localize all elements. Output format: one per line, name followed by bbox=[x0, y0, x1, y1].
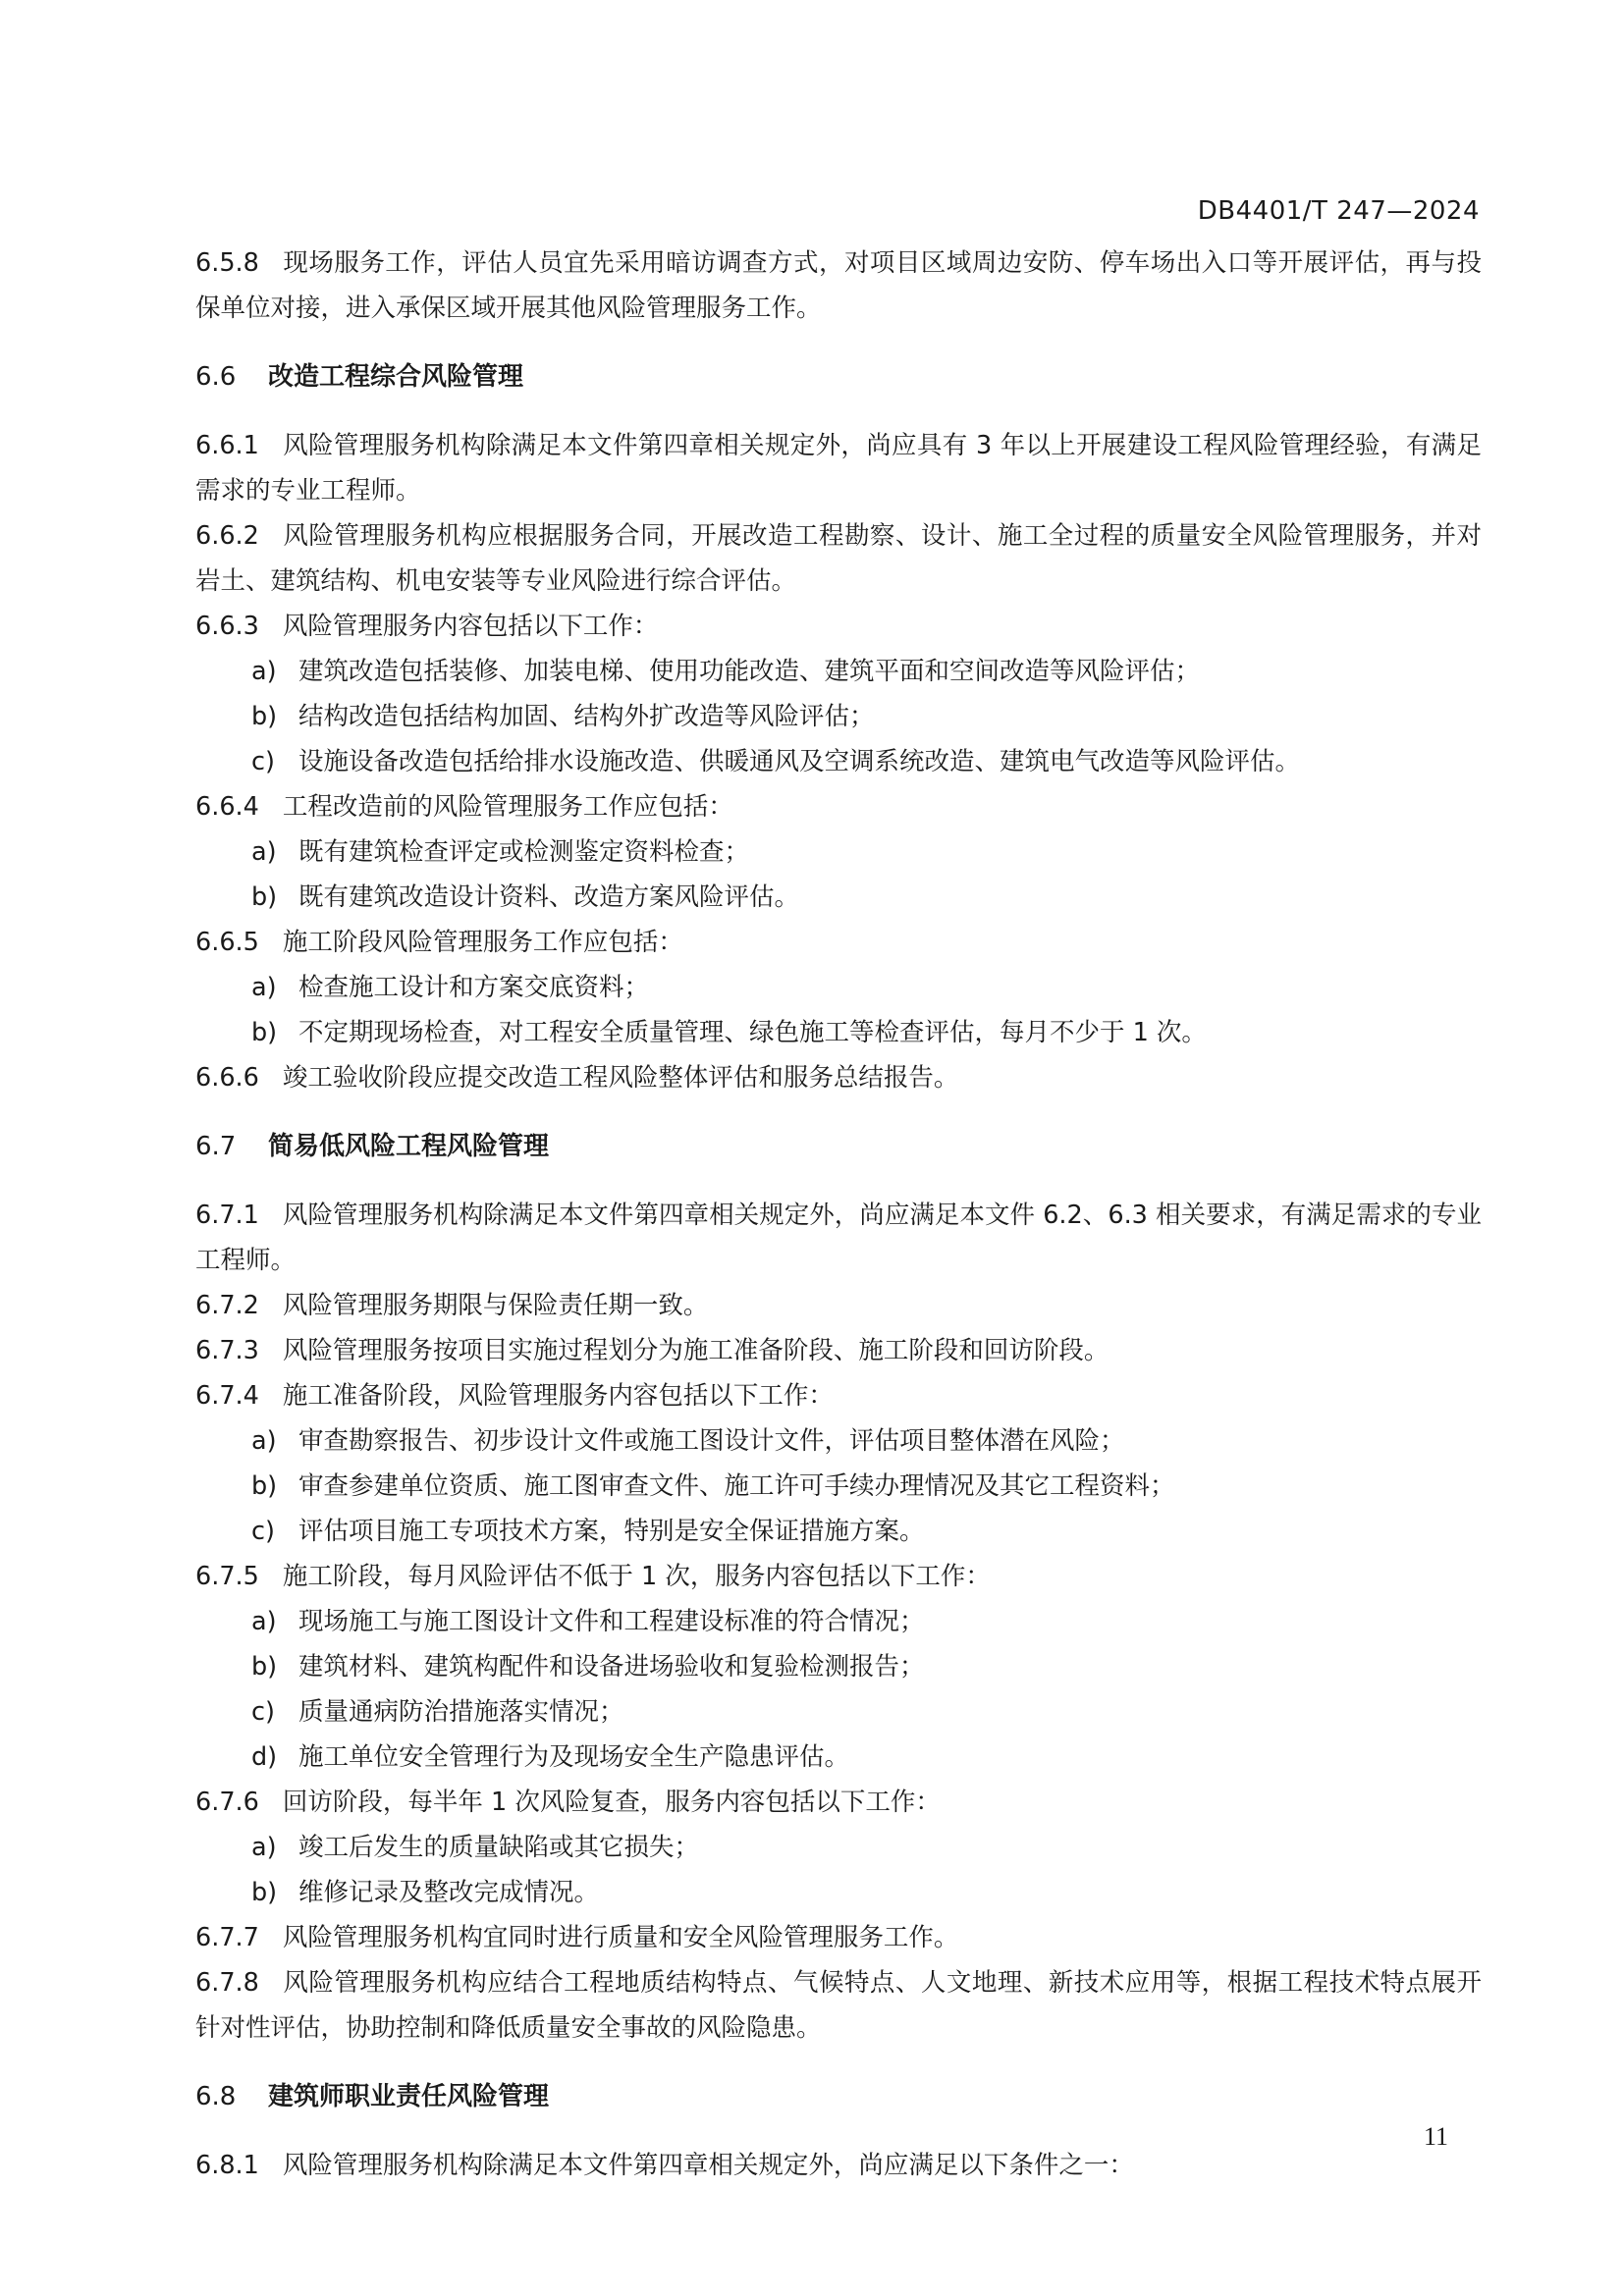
list-text: 既有建筑改造设计资料、改造方案风险评估。 bbox=[298, 882, 799, 912]
list-text: 审查勘察报告、初步设计文件或施工图设计文件，评估项目整体潜在风险； bbox=[298, 1426, 1125, 1456]
list-text: 不定期现场检查，对工程安全质量管理、绿色施工等检查评估，每月不少于 1 次。 bbox=[298, 1018, 1207, 1047]
list-item: a)建筑改造包括装修、加装电梯、使用功能改造、建筑平面和空间改造等风险评估； bbox=[195, 649, 1482, 694]
section-title: 建筑师职业责任风险管理 bbox=[268, 2082, 549, 2111]
clause-number: 6.6.2 bbox=[195, 513, 259, 559]
list-item: d)施工单位安全管理行为及现场安全生产隐患评估。 bbox=[195, 1735, 1482, 1780]
clause-6-6-3: 6.6.3风险管理服务内容包括以下工作： bbox=[195, 604, 1482, 649]
list-text: 现场施工与施工图设计文件和工程建设标准的符合情况； bbox=[298, 1607, 925, 1636]
clause-number: 6.6.5 bbox=[195, 920, 259, 965]
list-item: b)维修记录及整改完成情况。 bbox=[195, 1870, 1482, 1915]
section-title: 简易低风险工程风险管理 bbox=[268, 1132, 549, 1161]
list-text: 维修记录及整改完成情况。 bbox=[298, 1878, 599, 1907]
clause-text: 现场服务工作，评估人员宜先采用暗访调查方式，对项目区域周边安防、停车场出入口等开… bbox=[195, 248, 1482, 323]
list-item: a)检查施工设计和方案交底资料； bbox=[195, 965, 1482, 1010]
clause-number: 6.7.4 bbox=[195, 1373, 259, 1418]
clause-6-6-1: 6.6.1风险管理服务机构除满足本文件第四章相关规定外，尚应具有 3 年以上开展… bbox=[195, 423, 1482, 513]
clause-text: 风险管理服务内容包括以下工作： bbox=[283, 612, 659, 641]
list-text: 既有建筑检查评定或检测鉴定资料检查； bbox=[298, 837, 749, 867]
clause-6-6-5: 6.6.5施工阶段风险管理服务工作应包括： bbox=[195, 920, 1482, 965]
clause-6-7-8: 6.7.8风险管理服务机构应结合工程地质结构特点、气候特点、人文地理、新技术应用… bbox=[195, 1960, 1482, 2051]
clause-6-6-2: 6.6.2风险管理服务机构应根据服务合同，开展改造工程勘察、设计、施工全过程的质… bbox=[195, 513, 1482, 604]
list-marker: b) bbox=[251, 1464, 298, 1509]
section-title: 改造工程综合风险管理 bbox=[268, 362, 523, 392]
list-item: c)质量通病防治措施落实情况； bbox=[195, 1689, 1482, 1735]
clause-6-6-6: 6.6.6竣工验收阶段应提交改造工程风险整体评估和服务总结报告。 bbox=[195, 1055, 1482, 1100]
clause-number: 6.6.4 bbox=[195, 784, 259, 829]
list-text: 审查参建单位资质、施工图审查文件、施工许可手续办理情况及其它工程资料； bbox=[298, 1471, 1175, 1501]
list-item: c)设施设备改造包括给排水设施改造、供暖通风及空调系统改造、建筑电气改造等风险评… bbox=[195, 739, 1482, 784]
list-marker: b) bbox=[251, 1870, 298, 1915]
clause-number: 6.6.1 bbox=[195, 423, 259, 468]
list-marker: a) bbox=[251, 1599, 298, 1644]
section-number: 6.6 bbox=[195, 354, 268, 400]
clause-6-7-6: 6.7.6回访阶段，每半年 1 次风险复查，服务内容包括以下工作： bbox=[195, 1780, 1482, 1825]
clause-number: 6.8.1 bbox=[195, 2143, 259, 2188]
list-text: 建筑材料、建筑构配件和设备进场验收和复验检测报告； bbox=[298, 1652, 925, 1682]
list-marker: b) bbox=[251, 1644, 298, 1689]
clause-number: 6.7.7 bbox=[195, 1915, 259, 1960]
list-text: 建筑改造包括装修、加装电梯、使用功能改造、建筑平面和空间改造等风险评估； bbox=[298, 657, 1200, 686]
document-body: 6.5.8现场服务工作，评估人员宜先采用暗访调查方式，对项目区域周边安防、停车场… bbox=[195, 240, 1482, 2188]
clause-6-7-4: 6.7.4施工准备阶段，风险管理服务内容包括以下工作： bbox=[195, 1373, 1482, 1418]
list-marker: a) bbox=[251, 1825, 298, 1870]
list-text: 检查施工设计和方案交底资料； bbox=[298, 973, 649, 1002]
clause-text: 施工准备阶段，风险管理服务内容包括以下工作： bbox=[283, 1381, 834, 1411]
section-heading-6-6: 6.6改造工程综合风险管理 bbox=[195, 354, 1482, 400]
list-marker: b) bbox=[251, 875, 298, 920]
clause-number: 6.6.3 bbox=[195, 604, 259, 649]
clause-text: 施工阶段风险管理服务工作应包括： bbox=[283, 928, 683, 957]
list-item: b)结构改造包括结构加固、结构外扩改造等风险评估； bbox=[195, 694, 1482, 739]
list-item: c)评估项目施工专项技术方案，特别是安全保证措施方案。 bbox=[195, 1509, 1482, 1554]
list-text: 结构改造包括结构加固、结构外扩改造等风险评估； bbox=[298, 702, 875, 731]
clause-text: 回访阶段，每半年 1 次风险复查，服务内容包括以下工作： bbox=[283, 1788, 941, 1817]
clause-number: 6.5.8 bbox=[195, 240, 259, 286]
list-text: 质量通病防治措施落实情况； bbox=[298, 1697, 624, 1727]
document-code: DB4401/T 247—2024 bbox=[1198, 196, 1480, 226]
list-marker: c) bbox=[251, 1509, 298, 1554]
section-heading-6-7: 6.7简易低风险工程风险管理 bbox=[195, 1124, 1482, 1169]
clause-text: 竣工验收阶段应提交改造工程风险整体评估和服务总结报告。 bbox=[283, 1063, 959, 1093]
list-marker: b) bbox=[251, 1010, 298, 1055]
list-item: a)既有建筑检查评定或检测鉴定资料检查； bbox=[195, 829, 1482, 875]
clause-text: 风险管理服务机构应结合工程地质结构特点、气候特点、人文地理、新技术应用等，根据工… bbox=[195, 1968, 1482, 2043]
list-marker: d) bbox=[251, 1735, 298, 1780]
clause-6-7-3: 6.7.3风险管理服务按项目实施过程划分为施工准备阶段、施工阶段和回访阶段。 bbox=[195, 1328, 1482, 1373]
clause-number: 6.7.5 bbox=[195, 1554, 259, 1599]
clause-6-7-5: 6.7.5施工阶段，每月风险评估不低于 1 次，服务内容包括以下工作： bbox=[195, 1554, 1482, 1599]
clause-text: 施工阶段，每月风险评估不低于 1 次，服务内容包括以下工作： bbox=[283, 1562, 991, 1591]
clause-number: 6.7.1 bbox=[195, 1193, 259, 1238]
clause-text: 风险管理服务机构除满足本文件第四章相关规定外，尚应满足以下条件之一： bbox=[283, 2151, 1134, 2180]
list-marker: a) bbox=[251, 829, 298, 875]
clause-text: 风险管理服务机构宜同时进行质量和安全风险管理服务工作。 bbox=[283, 1923, 959, 1952]
clause-text: 风险管理服务按项目实施过程划分为施工准备阶段、施工阶段和回访阶段。 bbox=[283, 1336, 1109, 1365]
clause-6-7-1: 6.7.1风险管理服务机构除满足本文件第四章相关规定外，尚应满足本文件 6.2、… bbox=[195, 1193, 1482, 1283]
clause-number: 6.7.2 bbox=[195, 1283, 259, 1328]
section-heading-6-8: 6.8建筑师职业责任风险管理 bbox=[195, 2074, 1482, 2119]
list-marker: a) bbox=[251, 1418, 298, 1464]
clause-number: 6.7.3 bbox=[195, 1328, 259, 1373]
clause-number: 6.6.6 bbox=[195, 1055, 259, 1100]
clause-text: 风险管理服务机构应根据服务合同，开展改造工程勘察、设计、施工全过程的质量安全风险… bbox=[195, 521, 1482, 596]
clause-6-6-4: 6.6.4工程改造前的风险管理服务工作应包括： bbox=[195, 784, 1482, 829]
list-text: 竣工后发生的质量缺陷或其它损失； bbox=[298, 1833, 699, 1862]
section-number: 6.8 bbox=[195, 2074, 268, 2119]
clause-number: 6.7.6 bbox=[195, 1780, 259, 1825]
clause-6-7-7: 6.7.7风险管理服务机构宜同时进行质量和安全风险管理服务工作。 bbox=[195, 1915, 1482, 1960]
clause-number: 6.7.8 bbox=[195, 1960, 259, 2005]
section-number: 6.7 bbox=[195, 1124, 268, 1169]
list-text: 施工单位安全管理行为及现场安全生产隐患评估。 bbox=[298, 1742, 849, 1772]
clause-text: 工程改造前的风险管理服务工作应包括： bbox=[283, 792, 733, 822]
clause-6-7-2: 6.7.2风险管理服务期限与保险责任期一致。 bbox=[195, 1283, 1482, 1328]
clause-text: 风险管理服务机构除满足本文件第四章相关规定外，尚应满足本文件 6.2、6.3 相… bbox=[195, 1201, 1482, 1275]
page-number: 11 bbox=[1424, 2122, 1448, 2152]
list-marker: c) bbox=[251, 1689, 298, 1735]
clause-text: 风险管理服务机构除满足本文件第四章相关规定外，尚应具有 3 年以上开展建设工程风… bbox=[195, 431, 1482, 506]
list-item: b)审查参建单位资质、施工图审查文件、施工许可手续办理情况及其它工程资料； bbox=[195, 1464, 1482, 1509]
list-marker: c) bbox=[251, 739, 298, 784]
list-marker: a) bbox=[251, 965, 298, 1010]
list-item: b)既有建筑改造设计资料、改造方案风险评估。 bbox=[195, 875, 1482, 920]
clause-text: 风险管理服务期限与保险责任期一致。 bbox=[283, 1291, 709, 1320]
list-item: b)不定期现场检查，对工程安全质量管理、绿色施工等检查评估，每月不少于 1 次。 bbox=[195, 1010, 1482, 1055]
list-item: a)现场施工与施工图设计文件和工程建设标准的符合情况； bbox=[195, 1599, 1482, 1644]
clause-6-5-8: 6.5.8现场服务工作，评估人员宜先采用暗访调查方式，对项目区域周边安防、停车场… bbox=[195, 240, 1482, 331]
list-item: b)建筑材料、建筑构配件和设备进场验收和复验检测报告； bbox=[195, 1644, 1482, 1689]
list-marker: b) bbox=[251, 694, 298, 739]
list-text: 设施设备改造包括给排水设施改造、供暖通风及空调系统改造、建筑电气改造等风险评估。 bbox=[298, 747, 1300, 776]
list-item: a)竣工后发生的质量缺陷或其它损失； bbox=[195, 1825, 1482, 1870]
list-item: a)审查勘察报告、初步设计文件或施工图设计文件，评估项目整体潜在风险； bbox=[195, 1418, 1482, 1464]
list-marker: a) bbox=[251, 649, 298, 694]
clause-6-8-1: 6.8.1风险管理服务机构除满足本文件第四章相关规定外，尚应满足以下条件之一： bbox=[195, 2143, 1482, 2188]
list-text: 评估项目施工专项技术方案，特别是安全保证措施方案。 bbox=[298, 1517, 925, 1546]
